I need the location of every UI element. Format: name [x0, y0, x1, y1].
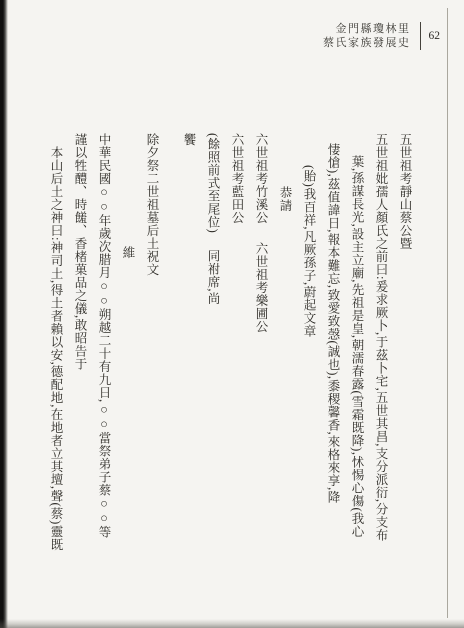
prayer-text-column-1: 葉,孫謀長光,設主立廟,先祖是皇,朝濡春露(雪霜既降),怵惕心傷(我心: [345, 133, 369, 625]
prayer-text-column-2: 悽愴),茲值諱日,報本難忘,致愛致愨(誠也),黍稷馨香,來格來享,降: [321, 133, 345, 625]
column-spacer: [213, 233, 214, 249]
closing-phrase: 同祔席,尚: [206, 249, 220, 305]
section-title-column: 除夕祭二世祖墓后土祝文: [140, 133, 164, 625]
prayer-text-column-3: (貽)我百祥,凡厥孫子,蔚起文章: [297, 133, 321, 625]
date-column: 中華民國○○年歲次腊月○○朔越二十有九日,○○當祭弟子蔡○○等: [92, 133, 116, 625]
book-title-line2: 蔡氏家族發展史: [323, 36, 411, 50]
book-title-line1: 金門縣瓊林里: [323, 22, 411, 36]
wei-opening-column: 維: [116, 133, 140, 625]
header-divider: [420, 22, 421, 50]
ancestor-5th-father-column: 五世祖考靜山蔡公暨: [393, 133, 417, 625]
ancestor-6th-names-column-1: 六世祖考竹溪公六世祖考樂圃公: [249, 133, 273, 625]
page-number: 62: [429, 30, 441, 42]
running-header: 金門縣瓊林里 蔡氏家族發展史 62: [323, 22, 440, 50]
offering-closing-column: 饗: [177, 133, 201, 625]
scan-left-edge: [0, 0, 8, 628]
offerings-column: 謹以牲醴、時饈、香楮菓品之儀,敢昭告于: [68, 133, 92, 625]
format-note: (餘照前式至尾位): [206, 133, 220, 233]
book-title: 金門縣瓊林里 蔡氏家族發展史: [323, 22, 411, 50]
column-spacer: [261, 224, 262, 242]
ancestor-6th-zhuxi: 六世祖考竹溪公: [254, 133, 268, 224]
ancestor-6th-lantian-column: 六世祖考藍田公: [225, 133, 249, 625]
book-page: 金門縣瓊林里 蔡氏家族發展史 62 五世祖考靜山蔡公暨 五世祖妣孺人顏氏之前曰:…: [0, 0, 464, 628]
invite-label-column: 恭請: [273, 133, 297, 625]
earth-god-column: 本山后土之神曰:神司土,得土者賴以安,德配地,在地者立其壇,聲(蔡)靈既: [44, 133, 68, 625]
page-border-line: [447, 8, 448, 618]
ancestor-5th-mother-column: 五世祖妣孺人顏氏之前曰:爰求厥卜,于茲卜宅,五世其昌,支分派衍,分支布: [369, 133, 393, 625]
note-and-closing-column: (餘照前式至尾位)同祔席,尚: [201, 133, 225, 625]
ancestor-6th-lepu: 六世祖考樂圃公: [254, 242, 268, 333]
ritual-text-block: 五世祖考靜山蔡公暨 五世祖妣孺人顏氏之前曰:爰求厥卜,于茲卜宅,五世其昌,支分派…: [44, 133, 417, 625]
